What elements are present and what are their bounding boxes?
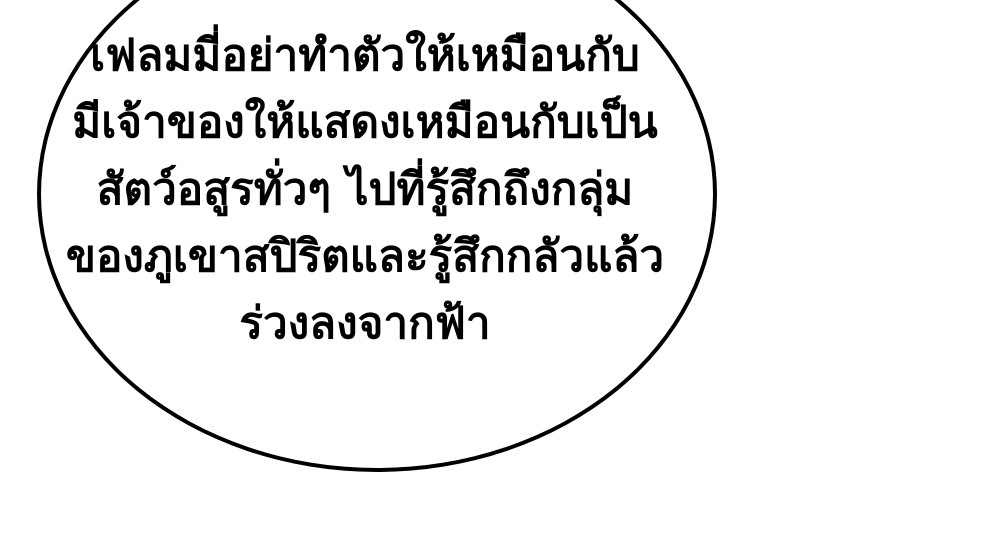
speech-line-4: ของภูเขาสปิริตและรู้สึกกลัวแล้ว	[65, 223, 665, 290]
speech-line-5: ร่วงลงจากฟ้า	[65, 290, 665, 357]
speech-line-3: สัตว์อสูรทั่วๆ ไปที่รู้สึกถึงกลุ่ม	[65, 156, 665, 223]
speech-bubble-text: เฟลมมี่อย่าทำตัวให้เหมือนกับ มีเจ้าของให…	[65, 22, 665, 357]
speech-line-1: เฟลมมี่อย่าทำตัวให้เหมือนกับ	[65, 22, 665, 89]
comic-panel: เฟลมมี่อย่าทำตัวให้เหมือนกับ มีเจ้าของให…	[0, 0, 1000, 555]
speech-line-2: มีเจ้าของให้แสดงเหมือนกับเป็น	[65, 89, 665, 156]
